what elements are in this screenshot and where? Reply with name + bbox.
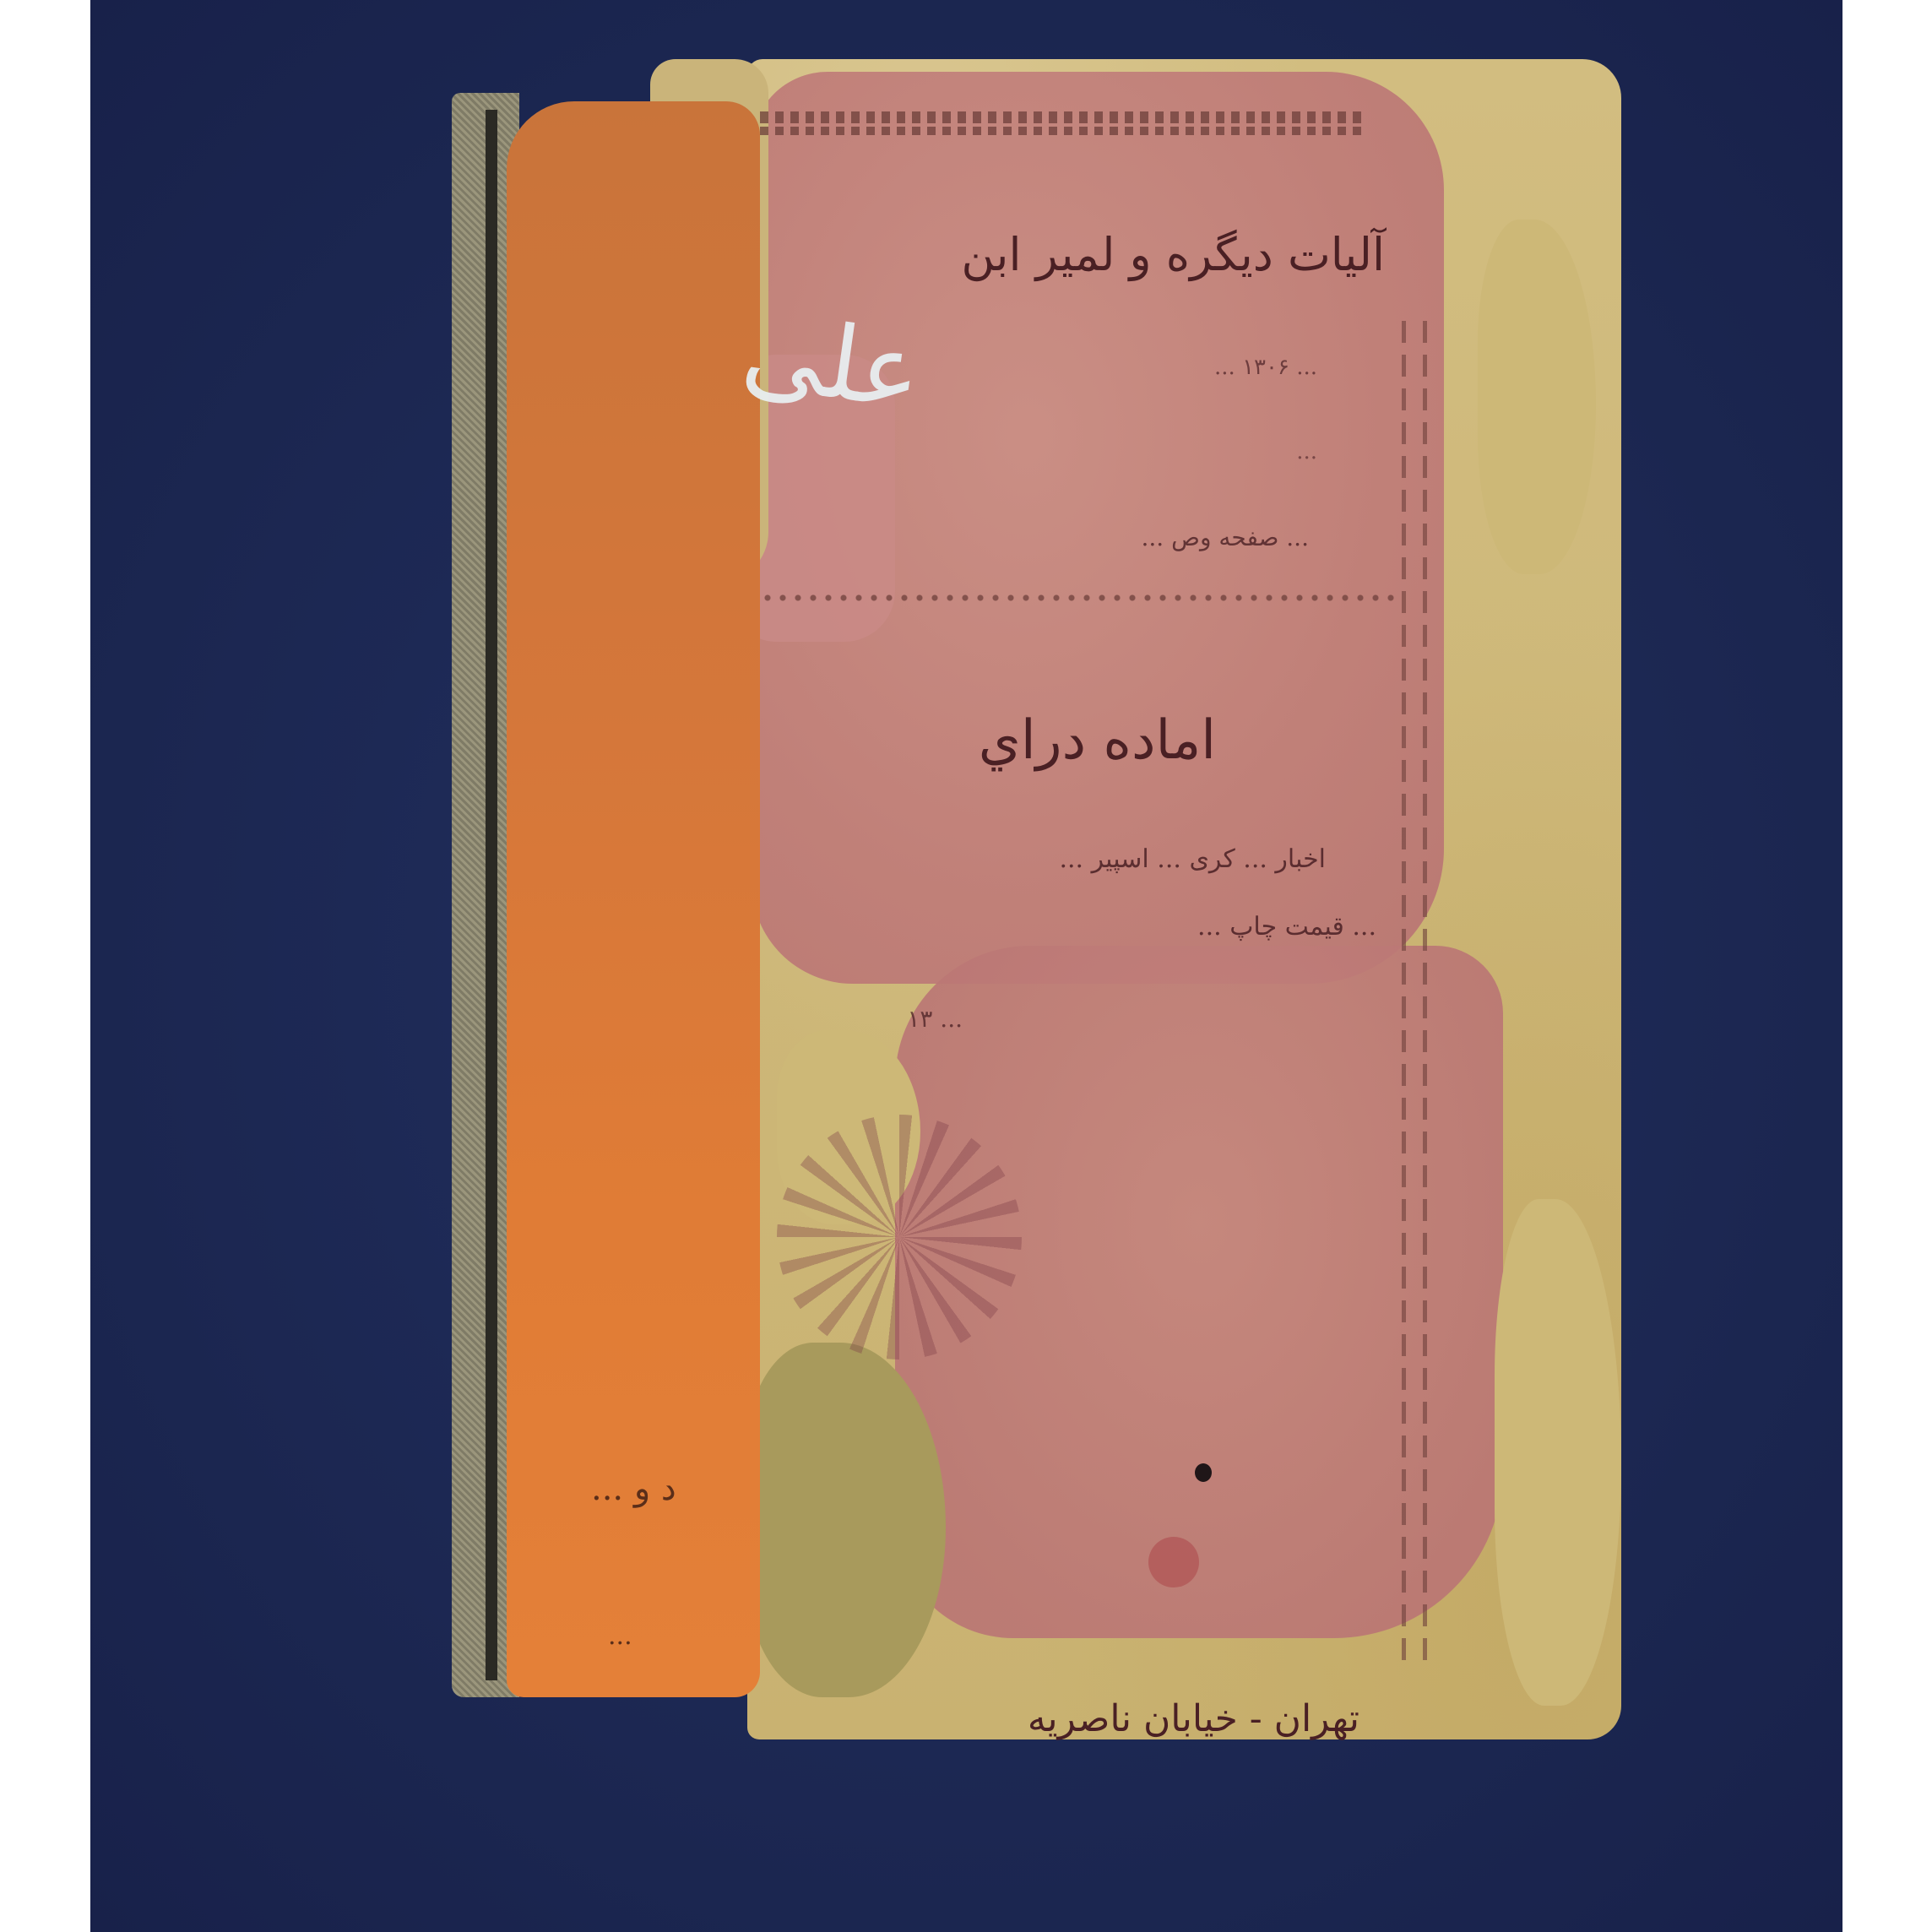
publisher-address: تهران - خیابان ناصریه <box>920 1697 1359 1740</box>
subtitle-line: ... صفحه وص ... <box>785 524 1309 551</box>
red-stain <box>1148 1537 1199 1587</box>
body-line: ... قیمت چاپ ... <box>785 912 1376 942</box>
cover-title: آلیات دیگرە و لمیر ابن <box>743 228 1385 281</box>
body-line: اخبار ... کری ... اسپیر ... <box>785 844 1326 874</box>
white-ink-mark: علی <box>735 292 929 433</box>
vertical-border <box>1402 321 1406 1672</box>
sunburst-emblem <box>777 1115 1022 1359</box>
ornamental-border <box>760 127 1368 135</box>
orange-spine-cover <box>507 101 760 1697</box>
ornamental-border <box>760 111 1368 123</box>
small-note: ... ۱۳ <box>861 1005 963 1033</box>
ink-dot <box>1195 1463 1212 1482</box>
book: آلیات دیگرە و لمیر ابن ... ۱۳۰۶ ... ... … <box>0 0 1932 1932</box>
spine-stripe <box>486 110 497 1680</box>
subtitle-line: ... <box>844 439 1317 464</box>
ornamental-border <box>760 591 1402 605</box>
handwriting: د و ... <box>591 1469 676 1508</box>
vertical-border <box>1423 321 1427 1672</box>
cover-heading: اماده دراي <box>777 709 1216 772</box>
handwriting: ... <box>608 1621 632 1651</box>
